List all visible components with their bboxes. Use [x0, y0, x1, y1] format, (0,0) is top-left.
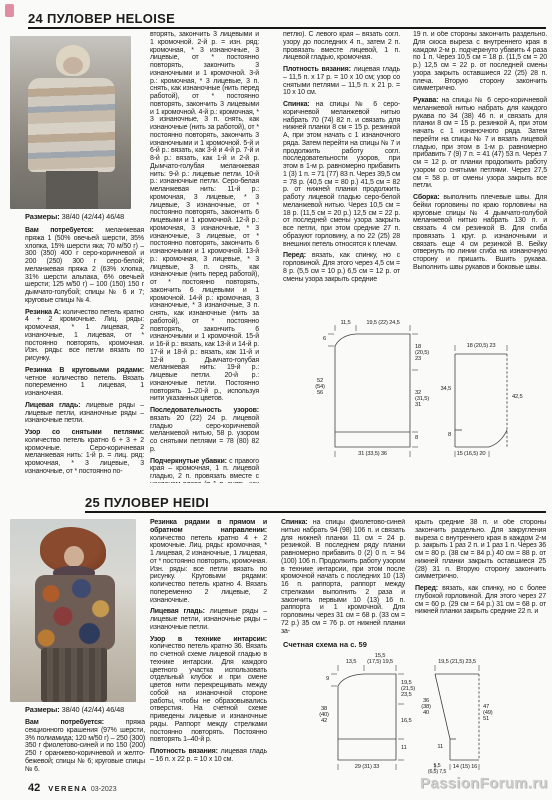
paragraph: Перед: вязать, как спинку, но с горловин…: [283, 252, 400, 283]
dim-sleeve24-right-height: 42,5: [512, 394, 532, 400]
paragraph-lead: Лицевая гладь:: [25, 402, 80, 409]
paragraph: Перед: вязать, как спинку, но с более гл…: [415, 585, 546, 616]
paragraph-text: меланжевая пряжа 1 (50% овечьей шерсти, …: [25, 227, 144, 304]
magazine-name: VERENA: [48, 784, 88, 793]
sizes-value: 38/40 (42/44) 46/48: [62, 705, 125, 714]
dim-body25-left-height: 38 (40) 42: [315, 706, 333, 725]
dim-body24-left-height: 52 (54) 56: [311, 378, 329, 397]
paragraph-text: количество петель кратно 4 + 2 кромочные…: [150, 535, 267, 604]
dim-body25-shoulder-width: 15,5 (17,5) 19,5: [361, 653, 399, 665]
dim-body25-rib-height: 11: [401, 745, 415, 751]
photo-model-heloise: [10, 36, 131, 209]
dim-sleeve24-bottom-width: 15 (16,5) 20: [445, 451, 497, 457]
paragraph-lead: Плотность вязания:: [150, 748, 218, 755]
section-24-rule: [28, 27, 546, 29]
paragraph-lead: Резинка рядами в прямом и обратном напра…: [150, 519, 267, 534]
page-footer: 42VERENA03-2023: [28, 778, 117, 796]
paragraph: Вам потребуется: пряжа секционного краше…: [25, 719, 145, 773]
dim-sleeve24-left-height: 34,5: [431, 386, 451, 392]
paragraph-lead: Рукава:: [413, 97, 438, 104]
paragraph: вторять, закончить 3 лицевыми и 1 кромоч…: [150, 31, 259, 403]
paragraph: Узор со снятыми петлями: количество пете…: [25, 429, 144, 476]
paragraph-lead: Подчеркнутые убавки:: [150, 458, 227, 465]
paragraph: Сборка: выполнить плечевые швы. Для бейк…: [413, 194, 547, 272]
paragraph: крыть средние 38 п. и обе стороны законч…: [415, 519, 546, 581]
schematic-group-25: 13,5 15,5 (17,5) 19,5 9 38 (40) 42 19,5 …: [283, 652, 547, 784]
corner-stamp: [5, 4, 14, 17]
paragraph-text: пряжа секционного крашения (97% шерсти, …: [25, 719, 145, 773]
paragraph-text: вязать 20 (22) 24 р. лицевой гладью серо…: [150, 415, 259, 453]
text-column-4-s25: крыть средние 38 п. и обе стороны законч…: [415, 519, 546, 639]
sizes-label: Размеры:: [25, 705, 60, 714]
dim-body24-shoulder-width: 19,5 (22) 24,5: [356, 320, 410, 326]
model-face: [63, 57, 83, 74]
paragraph: Рукава: на спицы № 6 серо-коричневой мел…: [413, 97, 547, 190]
paragraph: Узор в технике интарсии: количество пете…: [150, 636, 267, 745]
paragraph-lead: Вам потребуется:: [25, 227, 94, 234]
paragraph-lead: Сборка:: [413, 194, 440, 201]
dim-sleeve24-cuff-height: 8: [437, 432, 451, 438]
paragraph-text: на спицы № 6 серо-коричневой меланжевой …: [413, 97, 547, 189]
paragraph-text: четное количество петель. Вязать поперем…: [25, 375, 144, 398]
paragraph: Резинка А: количество петель кратно 4 + …: [25, 309, 144, 363]
schematic-group-24: 11,5 19,5 (22) 24,5 6 52 (54) 56 18 (20,…: [285, 320, 547, 465]
dim-body25-right-top: 19,5 (21,5) 23,5: [401, 680, 427, 699]
paragraph: Плотность вязания: лицевая гладь – 11,5 …: [283, 66, 400, 97]
sizes-value: 38/40 (42/44) 46/48: [62, 212, 125, 221]
text-column-3-s24: петлю). С левого края – вязать согл. узо…: [283, 31, 400, 319]
dim-body25-right-mid: 16,5: [401, 718, 421, 724]
paragraph-lead: Последовательность узоров:: [150, 407, 259, 414]
paragraph-text: количество петель кратно 36. Вязать по с…: [150, 643, 267, 743]
dim-body24-neck-depth: 6: [315, 336, 326, 342]
dim-sleeve25-right-height: 47 (49) 51: [483, 704, 501, 723]
text-column-2-s25: Резинка рядами в прямом и обратном напра…: [150, 519, 267, 791]
dim-sleeve25-top-width: 19,5 (21,5) 23,5: [427, 659, 487, 665]
magazine-page: 24 ПУЛОВЕР HELOISE Размеры: 38/40 (42/44…: [0, 0, 552, 800]
paragraph: Лицевая гладь: лицевые ряды – лицевые пе…: [25, 402, 144, 425]
chart-reference-note: Счетная схема на с. 59: [283, 640, 367, 649]
photo-model-heidi: [10, 519, 136, 702]
issue-number: 03-2023: [91, 786, 117, 793]
paragraph-text: на спицы № 6 серо-коричневой меланжевой …: [283, 101, 400, 248]
sizes-line-24: Размеры: 38/40 (42/44) 46/48: [25, 212, 124, 221]
page-number: 42: [28, 782, 40, 794]
text-column-1-s25: Вам потребуется: пряжа секционного краше…: [25, 719, 145, 777]
dim-sleeve25-bottom-width: 14 (15) 16: [449, 764, 481, 770]
paragraph-text: количество петель кратно 6 + 3 + 2 кромо…: [25, 437, 144, 475]
text-column-4-s24: 19 п. и обе стороны закончить раздельно.…: [413, 31, 547, 329]
paragraph: Спинка: на спицы № 6 серо-коричневой мел…: [283, 101, 400, 248]
paragraph: Плотность вязания: лицевая гладь – 16 п.…: [150, 748, 267, 764]
dim-body24-rib-height: 8: [415, 435, 429, 441]
dim-body24-right-top: 18 (20,5) 23: [415, 344, 441, 363]
text-column-3-s25: Спинка: на спицы фиолетово-синей нитью н…: [281, 519, 405, 637]
paragraph-lead: Узор со снятыми петлями:: [25, 429, 144, 436]
dim-sleeve24-top-width: 18 (20,5) 23: [451, 343, 511, 349]
paragraph-lead: Спинка:: [283, 101, 310, 108]
model-skirt: [41, 648, 107, 702]
paragraph-lead: Лицевая гладь:: [150, 608, 205, 615]
dim-body24-right-mid: 32 (31,5) 31: [415, 390, 441, 409]
paragraph-lead: Резинка А:: [25, 309, 61, 316]
paragraph-lead: Узор в технике интарсии:: [150, 636, 267, 643]
paragraph: Последовательность узоров: вязать 20 (22…: [150, 407, 259, 454]
dim-sleeve25-cuff-height: 11: [429, 744, 443, 750]
paragraph: Спинка: на спицы фиолетово-синей нитью н…: [281, 519, 405, 635]
paragraph-text: 19 п. и обе стороны закончить раздельно.…: [413, 31, 547, 92]
model-intarsia-sweater: [35, 575, 115, 650]
dim-body25-neck-depth: 9: [319, 676, 329, 682]
watermark: PassionForum.ru: [398, 775, 548, 792]
paragraph-lead: Плотность вязания:: [283, 66, 351, 73]
paragraph-text: вторять, закончить 3 лицевыми и 1 кромоч…: [150, 31, 259, 402]
paragraph-text: количество петель кратно 4 + 2 кромочные…: [25, 309, 144, 363]
paragraph-text: выполнить плечевые швы. Для бейки горлов…: [413, 194, 547, 271]
paragraph-lead: Вам потребуется:: [25, 719, 104, 726]
dim-body25-bottom-width: 29 (31) 33: [338, 764, 396, 770]
paragraph-text: петлю). С левого края – вязать согл. узо…: [283, 31, 400, 61]
paragraph: Резинка рядами в прямом и обратном напра…: [150, 519, 267, 604]
paragraph: Лицевая гладь: лицевые ряды – лицевые пе…: [150, 608, 267, 631]
paragraph: Вам потребуется: меланжевая пряжа 1 (50%…: [25, 227, 144, 305]
model-trousers: [46, 171, 98, 209]
paragraph: Подчеркнутые убавки: с правого края – кр…: [150, 458, 259, 484]
paragraph-lead: Перед:: [415, 585, 438, 592]
dim-sleeve25-bottom-offset: 5,5 (6,5) 7,5: [424, 763, 450, 775]
dim-body24-neck-width: 11,5: [335, 320, 356, 326]
model-face: [64, 546, 84, 567]
text-column-1-s24: Вам потребуется: меланжевая пряжа 1 (50%…: [25, 227, 144, 480]
section-25-rule: [85, 511, 546, 513]
paragraph-lead: Резинка В круговыми рядами:: [25, 367, 144, 374]
dim-body24-bottom-width: 31 (33,5) 36: [335, 451, 410, 457]
paragraph: петлю). С левого края – вязать согл. узо…: [283, 31, 400, 62]
sizes-label: Размеры:: [25, 212, 60, 221]
paragraph-text: на спицы фиолетово-синей нитью набрать 9…: [281, 519, 405, 635]
dim-sleeve25-left-height: 36 (38) 40: [417, 698, 435, 717]
paragraph-lead: Спинка:: [281, 519, 308, 526]
paragraph-text: крыть средние 38 п. и обе стороны законч…: [415, 519, 546, 580]
paragraph-lead: Перед:: [283, 252, 306, 259]
paragraph: Резинка В круговыми рядами: четное колич…: [25, 367, 144, 398]
sizes-line-25: Размеры: 38/40 (42/44) 46/48: [25, 705, 124, 714]
model-striped-sweater: [28, 78, 115, 172]
section-24-title: 24 ПУЛОВЕР HELOISE: [28, 11, 175, 26]
text-column-2-s24: вторять, закончить 3 лицевыми и 1 кромоч…: [150, 31, 259, 483]
section-25-title: 25 ПУЛОВЕР HEIDI: [85, 495, 209, 510]
paragraph: 19 п. и обе стороны закончить раздельно.…: [413, 31, 547, 93]
